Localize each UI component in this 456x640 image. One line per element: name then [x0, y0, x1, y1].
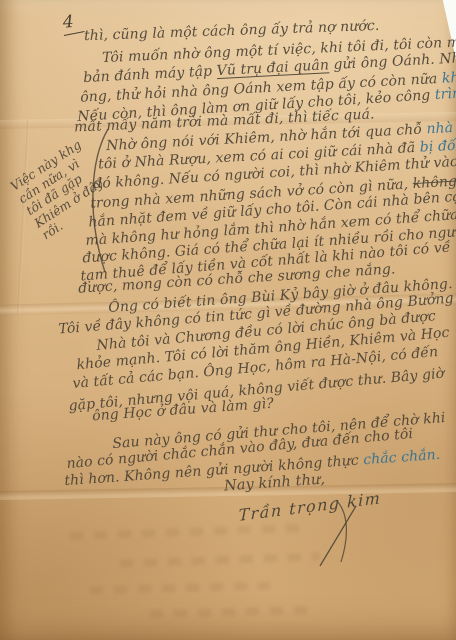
blue-ink-text: không. — [441, 68, 456, 87]
fold-crease-left — [17, 120, 30, 315]
blue-ink-text: bị đốt — [419, 137, 456, 155]
signature: Trần trọng kim — [238, 488, 381, 525]
bleedthrough-mark — [120, 553, 320, 568]
bleedthrough-mark — [150, 606, 310, 618]
blue-ink-text: nhà — [426, 120, 453, 137]
blue-ink-text: trình — [434, 85, 456, 103]
page-number-value: 4 — [62, 12, 74, 33]
letter-page: 4 Việc này khg cần nữa, vì tôi đã gặp Kh… — [0, 0, 456, 640]
blue-ink-text: chắc chắn. — [363, 447, 441, 468]
bleedthrough-mark — [90, 582, 270, 595]
bleedthrough-mark — [70, 524, 300, 540]
page-number: 4 — [62, 11, 84, 34]
